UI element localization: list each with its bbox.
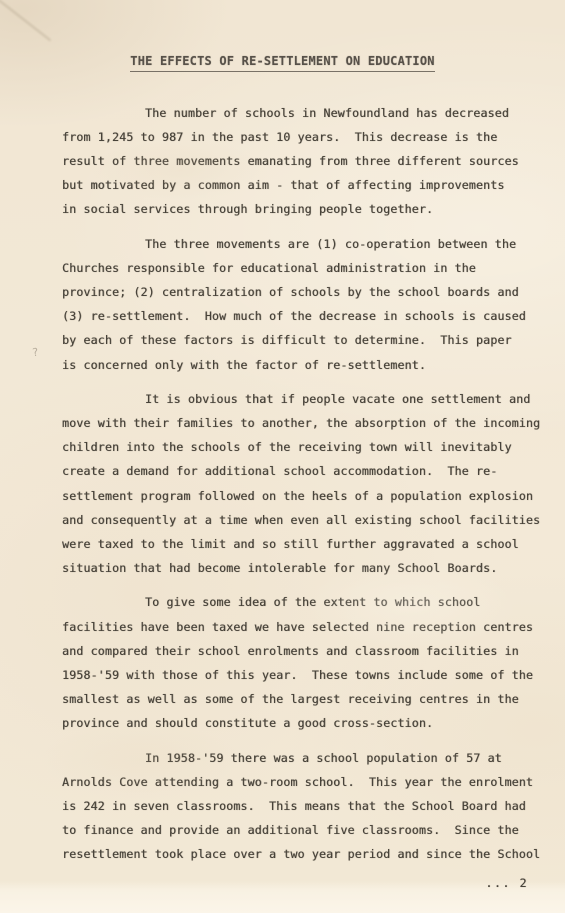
- text-line: is 242 in seven classrooms. This means t…: [62, 794, 565, 818]
- scanned-document-page: THE EFFECTS OF RE-SETTLEMENT ON EDUCATIO…: [0, 0, 565, 913]
- text-line: smallest as well as some of the largest …: [62, 687, 565, 711]
- text-line: Arnolds Cove attending a two-room school…: [62, 770, 565, 794]
- text-line: is concerned only with the factor of re-…: [62, 353, 565, 377]
- text-line: and compared their school enrolments and…: [62, 639, 565, 663]
- text-line: 1958-'59 with those of this year. These …: [62, 663, 565, 687]
- text-line: situation that had become intolerable fo…: [62, 556, 565, 580]
- text-line: in social services through bringing peop…: [62, 197, 565, 221]
- text-line: but motivated by a common aim - that of …: [62, 173, 565, 197]
- text-line: resettlement took place over a two year …: [62, 842, 565, 866]
- text-line: province and should constitute a good cr…: [62, 711, 565, 735]
- title-row: THE EFFECTS OF RE-SETTLEMENT ON EDUCATIO…: [0, 0, 565, 72]
- text-line: province; (2) centralization of schools …: [62, 280, 565, 304]
- text-line: and consequently at a time when even all…: [62, 508, 565, 532]
- text-line: To give some idea of the extent to which…: [62, 590, 565, 614]
- text-line: It is obvious that if people vacate one …: [62, 387, 565, 411]
- paragraph: It is obvious that if people vacate one …: [62, 387, 565, 581]
- text-line: facilities have been taxed we have selec…: [62, 615, 565, 639]
- text-line: children into the schools of the receivi…: [62, 435, 565, 459]
- text-line: by each of these factors is difficult to…: [62, 328, 565, 352]
- paragraph: The number of schools in Newfoundland ha…: [62, 101, 565, 222]
- text-line: (3) re-settlement. How much of the decre…: [62, 304, 565, 328]
- text-line: In 1958-'59 there was a school populatio…: [62, 746, 565, 770]
- paragraph: In 1958-'59 there was a school populatio…: [62, 746, 565, 867]
- text-line: from 1,245 to 987 in the past 10 years. …: [62, 125, 565, 149]
- text-line: move with their families to another, the…: [62, 411, 565, 435]
- text-line: were taxed to the limit and so still fur…: [62, 532, 565, 556]
- text-line: settlement program followed on the heels…: [62, 484, 565, 508]
- text-line: create a demand for additional school ac…: [62, 459, 565, 483]
- page-number: ... 2: [485, 876, 528, 890]
- text-line: result of three movements emanating from…: [62, 149, 565, 173]
- text-line: Churches responsible for educational adm…: [62, 256, 565, 280]
- text-line: The number of schools in Newfoundland ha…: [62, 101, 565, 125]
- document-title: THE EFFECTS OF RE-SETTLEMENT ON EDUCATIO…: [130, 54, 434, 72]
- document-body: The number of schools in Newfoundland ha…: [0, 101, 565, 867]
- text-line: The three movements are (1) co-operation…: [62, 232, 565, 256]
- paragraph: To give some idea of the extent to which…: [62, 590, 565, 735]
- paragraph: The three movements are (1) co-operation…: [62, 232, 565, 377]
- text-line: to finance and provide an additional fiv…: [62, 818, 565, 842]
